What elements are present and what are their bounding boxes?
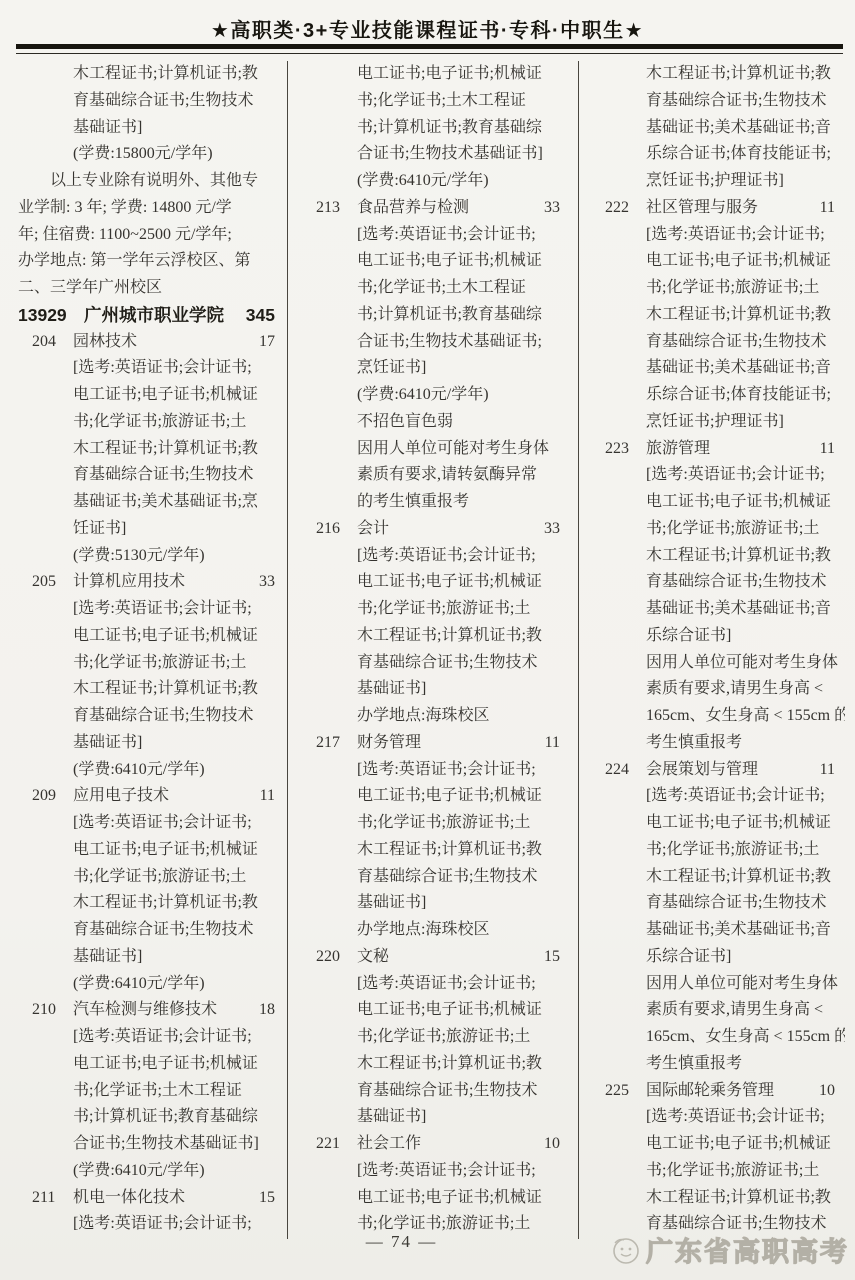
cert-line: 木工程证书;计算机证书;教 bbox=[18, 436, 275, 463]
cert-line: 电工证书;电子证书;机械证 bbox=[591, 810, 835, 837]
cert-line: 书;计算机证书;教育基础综 bbox=[302, 302, 560, 329]
cert-line: 书;计算机证书;教育基础综 bbox=[18, 1104, 275, 1131]
course-name: 财务管理 bbox=[357, 730, 545, 757]
cert-line: 电工证书;电子证书;机械证 bbox=[302, 997, 560, 1024]
cert-line: 因用人单位可能对考生身体 bbox=[591, 971, 835, 998]
school-code: 13929 bbox=[18, 302, 84, 329]
cert-line: (学费:15800元/学年) bbox=[18, 141, 275, 168]
cert-line: 基础证书] bbox=[302, 676, 560, 703]
cert-line: 不招色盲色弱 bbox=[302, 409, 560, 436]
cert-line: [选考:英语证书;会计证书; bbox=[591, 222, 835, 249]
course-number: 216 bbox=[302, 516, 357, 543]
course-number: 209 bbox=[18, 783, 73, 810]
course-count: 10 bbox=[819, 1078, 835, 1105]
course-row: 223旅游管理11 bbox=[591, 436, 835, 463]
course-count: 33 bbox=[259, 569, 275, 596]
cert-line: (学费:5130元/学年) bbox=[18, 543, 275, 570]
cert-line: 育基础综合证书;生物技术 bbox=[18, 917, 275, 944]
course-number: 222 bbox=[591, 195, 646, 222]
course-row: 222社区管理与服务11 bbox=[591, 195, 835, 222]
cert-line: 木工程证书;计算机证书;教 bbox=[302, 623, 560, 650]
cert-line: 育基础综合证书;生物技术 bbox=[302, 650, 560, 677]
course-count: 15 bbox=[544, 944, 560, 971]
cert-line: [选考:英语证书;会计证书; bbox=[18, 355, 275, 382]
cert-line: 木工程证书;计算机证书;教 bbox=[302, 1051, 560, 1078]
cert-line: 书;化学证书;旅游证书;土 bbox=[591, 837, 835, 864]
cert-line: 素质有要求,请转氨酶异常 bbox=[302, 462, 560, 489]
course-number: 217 bbox=[302, 730, 357, 757]
cert-line: 书;计算机证书;教育基础综 bbox=[302, 115, 560, 142]
cert-line: 育基础综合证书;生物技术 bbox=[591, 569, 835, 596]
course-row: 211机电一体化技术15 bbox=[18, 1185, 275, 1212]
cert-line: 的考生慎重报考 bbox=[302, 489, 560, 516]
paragraph-line: 办学地点: 第一学年云浮校区、第 bbox=[18, 248, 275, 275]
cert-line: [选考:英语证书;会计证书; bbox=[591, 462, 835, 489]
cert-line: [选考:英语证书;会计证书; bbox=[302, 757, 560, 784]
paragraph-line: 业学制: 3 年; 学费: 14800 元/学 bbox=[18, 195, 275, 222]
cert-line: 办学地点:海珠校区 bbox=[302, 703, 560, 730]
cert-line: 165cm、女生身高 < 155cm 的 bbox=[591, 1024, 835, 1051]
cert-line: 基础证书;美术基础证书;音 bbox=[591, 917, 835, 944]
cert-line: 基础证书;美术基础证书;音 bbox=[591, 596, 835, 623]
cert-line: 乐综合证书] bbox=[591, 944, 835, 971]
cert-line: 电工证书;电子证书;机械证 bbox=[302, 61, 560, 88]
cert-line: 考生慎重报考 bbox=[591, 1051, 835, 1078]
cert-line: (学费:6410元/学年) bbox=[18, 757, 275, 784]
course-count: 11 bbox=[820, 195, 835, 222]
course-count: 11 bbox=[820, 757, 835, 784]
column-2: 电工证书;电子证书;机械证书;化学证书;土木工程证书;计算机证书;教育基础综合证… bbox=[287, 61, 578, 1239]
paragraph-line: 二、三学年广州校区 bbox=[18, 275, 275, 302]
cert-line: [选考:英语证书;会计证书; bbox=[591, 1104, 835, 1131]
cert-line: 电工证书;电子证书;机械证 bbox=[302, 1185, 560, 1212]
cert-line: 电工证书;电子证书;机械证 bbox=[18, 623, 275, 650]
cert-line: 书;化学证书;旅游证书;土 bbox=[302, 1024, 560, 1051]
cert-line: 基础证书;美术基础证书;音 bbox=[591, 115, 835, 142]
course-row: 213食品营养与检测33 bbox=[302, 195, 560, 222]
course-number: 211 bbox=[18, 1185, 73, 1212]
cert-line: 育基础综合证书;生物技术 bbox=[18, 462, 275, 489]
columns: 木工程证书;计算机证书;教育基础综合证书;生物技术基础证书](学费:15800元… bbox=[16, 61, 845, 1239]
course-name: 会展策划与管理 bbox=[646, 757, 820, 784]
cert-line: 育基础综合证书;生物技术 bbox=[591, 890, 835, 917]
cert-line: 书;化学证书;旅游证书;土 bbox=[18, 650, 275, 677]
course-count: 33 bbox=[544, 195, 560, 222]
cert-line: 木工程证书;计算机证书;教 bbox=[591, 864, 835, 891]
cert-line: [选考:英语证书;会计证书; bbox=[18, 810, 275, 837]
cert-line: 木工程证书;计算机证书;教 bbox=[18, 676, 275, 703]
cert-line: (学费:6410元/学年) bbox=[18, 1158, 275, 1185]
cert-line: 乐综合证书;体育技能证书; bbox=[591, 141, 835, 168]
page-header: ★高职类·3+专业技能课程证书·专科·中职生★ bbox=[0, 0, 855, 43]
cert-line: [选考:英语证书;会计证书; bbox=[302, 543, 560, 570]
cert-line: 木工程证书;计算机证书;教 bbox=[18, 890, 275, 917]
course-count: 11 bbox=[260, 783, 275, 810]
course-count: 33 bbox=[544, 516, 560, 543]
watermark: 广东省高职高考 bbox=[609, 1230, 849, 1269]
course-count: 11 bbox=[820, 436, 835, 463]
cert-line: 烹饪证书;护理证书] bbox=[591, 409, 835, 436]
cert-line: 基础证书] bbox=[18, 115, 275, 142]
cert-line: [选考:英语证书;会计证书; bbox=[302, 971, 560, 998]
course-name: 旅游管理 bbox=[646, 436, 820, 463]
cert-line: 电工证书;电子证书;机械证 bbox=[591, 248, 835, 275]
cert-line: 基础证书;美术基础证书;音 bbox=[591, 355, 835, 382]
course-row: 217财务管理11 bbox=[302, 730, 560, 757]
cert-line: 书;化学证书;土木工程证 bbox=[302, 275, 560, 302]
school-name: 广州城市职业学院 bbox=[84, 302, 246, 329]
course-name: 机电一体化技术 bbox=[73, 1185, 259, 1212]
cert-line: [选考:英语证书;会计证书; bbox=[18, 1024, 275, 1051]
course-row: 205计算机应用技术33 bbox=[18, 569, 275, 596]
cert-line: 育基础综合证书;生物技术 bbox=[591, 88, 835, 115]
cert-line: 育基础综合证书;生物技术 bbox=[302, 1078, 560, 1105]
cert-line: [选考:英语证书;会计证书; bbox=[302, 1158, 560, 1185]
school-count: 345 bbox=[246, 302, 275, 329]
course-row: 224会展策划与管理11 bbox=[591, 757, 835, 784]
course-name: 计算机应用技术 bbox=[73, 569, 259, 596]
cert-line: 书;化学证书;旅游证书;土 bbox=[18, 409, 275, 436]
course-row: 220文秘15 bbox=[302, 944, 560, 971]
watermark-logo-icon bbox=[609, 1233, 643, 1267]
cert-line: 基础证书] bbox=[18, 730, 275, 757]
cert-line: 书;化学证书;土木工程证 bbox=[18, 1078, 275, 1105]
course-name: 社区管理与服务 bbox=[646, 195, 820, 222]
course-number: 225 bbox=[591, 1078, 646, 1105]
course-number: 223 bbox=[591, 436, 646, 463]
cert-line: 电工证书;电子证书;机械证 bbox=[18, 382, 275, 409]
course-row: 221社会工作10 bbox=[302, 1131, 560, 1158]
course-row: 204园林技术17 bbox=[18, 329, 275, 356]
cert-line: 木工程证书;计算机证书;教 bbox=[591, 1185, 835, 1212]
cert-line: 木工程证书;计算机证书;教 bbox=[591, 61, 835, 88]
course-name: 文秘 bbox=[357, 944, 544, 971]
cert-line: 乐综合证书;体育技能证书; bbox=[591, 382, 835, 409]
cert-line: 木工程证书;计算机证书;教 bbox=[591, 543, 835, 570]
course-number: 205 bbox=[18, 569, 73, 596]
cert-line: 因用人单位可能对考生身体 bbox=[591, 650, 835, 677]
cert-line: 书;化学证书;旅游证书;土 bbox=[591, 1158, 835, 1185]
course-count: 15 bbox=[259, 1185, 275, 1212]
cert-line: 电工证书;电子证书;机械证 bbox=[18, 1051, 275, 1078]
column-3: 木工程证书;计算机证书;教育基础综合证书;生物技术基础证书;美术基础证书;音乐综… bbox=[578, 61, 845, 1239]
cert-line: [选考:英语证书;会计证书; bbox=[18, 596, 275, 623]
cert-line: (学费:6410元/学年) bbox=[18, 971, 275, 998]
cert-line: 电工证书;电子证书;机械证 bbox=[302, 569, 560, 596]
cert-line: 因用人单位可能对考生身体 bbox=[302, 436, 560, 463]
cert-line: 烹饪证书;护理证书] bbox=[591, 168, 835, 195]
cert-line: 书;化学证书;土木工程证 bbox=[302, 88, 560, 115]
cert-line: 165cm、女生身高 < 155cm 的 bbox=[591, 703, 835, 730]
cert-line: (学费:6410元/学年) bbox=[302, 168, 560, 195]
course-number: 224 bbox=[591, 757, 646, 784]
course-count: 17 bbox=[259, 329, 275, 356]
cert-line: 素质有要求,请男生身高 < bbox=[591, 997, 835, 1024]
cert-line: 书;化学证书;旅游证书;土 bbox=[591, 516, 835, 543]
school-row: 13929广州城市职业学院345 bbox=[18, 302, 275, 329]
paragraph-line: 以上专业除有说明外、其他专 bbox=[18, 168, 275, 195]
course-count: 18 bbox=[259, 997, 275, 1024]
course-count: 11 bbox=[545, 730, 560, 757]
course-number: 210 bbox=[18, 997, 73, 1024]
course-number: 221 bbox=[302, 1131, 357, 1158]
header-rule-thin bbox=[16, 53, 843, 54]
course-name: 国际邮轮乘务管理 bbox=[646, 1078, 819, 1105]
cert-line: 饪证书] bbox=[18, 516, 275, 543]
cert-line: [选考:英语证书;会计证书; bbox=[591, 783, 835, 810]
cert-line: [选考:英语证书;会计证书; bbox=[302, 222, 560, 249]
course-name: 汽车检测与维修技术 bbox=[73, 997, 259, 1024]
cert-line: 木工程证书;计算机证书;教 bbox=[302, 837, 560, 864]
course-number: 220 bbox=[302, 944, 357, 971]
course-row: 225国际邮轮乘务管理10 bbox=[591, 1078, 835, 1105]
course-name: 社会工作 bbox=[357, 1131, 544, 1158]
cert-line: 乐综合证书] bbox=[591, 623, 835, 650]
course-name: 食品营养与检测 bbox=[357, 195, 544, 222]
header-rule-thick bbox=[16, 44, 843, 49]
cert-line: 电工证书;电子证书;机械证 bbox=[591, 1131, 835, 1158]
cert-line: 办学地点:海珠校区 bbox=[302, 917, 560, 944]
cert-line: 电工证书;电子证书;机械证 bbox=[591, 489, 835, 516]
cert-line: 合证书;生物技术基础证书] bbox=[302, 141, 560, 168]
cert-line: 电工证书;电子证书;机械证 bbox=[302, 783, 560, 810]
course-name: 应用电子技术 bbox=[73, 783, 260, 810]
cert-line: 基础证书] bbox=[302, 890, 560, 917]
cert-line: (学费:6410元/学年) bbox=[302, 382, 560, 409]
header-title: ★高职类·3+专业技能课程证书·专科·中职生★ bbox=[0, 0, 855, 43]
cert-line: 育基础综合证书;生物技术 bbox=[18, 88, 275, 115]
course-row: 216会计33 bbox=[302, 516, 560, 543]
cert-line: 合证书;生物技术基础证书] bbox=[18, 1131, 275, 1158]
cert-line: 书;化学证书;旅游证书;土 bbox=[18, 864, 275, 891]
cert-line: 木工程证书;计算机证书;教 bbox=[591, 302, 835, 329]
cert-line: 基础证书] bbox=[302, 1104, 560, 1131]
watermark-text: 广东省高职高考 bbox=[646, 1230, 849, 1269]
cert-line: 素质有要求,请男生身高 < bbox=[591, 676, 835, 703]
cert-line: 考生慎重报考 bbox=[591, 730, 835, 757]
cert-line: 基础证书] bbox=[18, 944, 275, 971]
cert-line: 基础证书;美术基础证书;烹 bbox=[18, 489, 275, 516]
cert-line: 烹饪证书] bbox=[302, 355, 560, 382]
course-number: 204 bbox=[18, 329, 73, 356]
cert-line: 育基础综合证书;生物技术 bbox=[302, 864, 560, 891]
course-name: 会计 bbox=[357, 516, 544, 543]
course-name: 园林技术 bbox=[73, 329, 259, 356]
column-1: 木工程证书;计算机证书;教育基础综合证书;生物技术基础证书](学费:15800元… bbox=[16, 61, 287, 1239]
cert-line: 育基础综合证书;生物技术 bbox=[591, 329, 835, 356]
cert-line: 电工证书;电子证书;机械证 bbox=[302, 248, 560, 275]
page: ★高职类·3+专业技能课程证书·专科·中职生★ 木工程证书;计算机证书;教育基础… bbox=[0, 0, 855, 1280]
cert-line: 木工程证书;计算机证书;教 bbox=[18, 61, 275, 88]
course-row: 209应用电子技术11 bbox=[18, 783, 275, 810]
cert-line: 书;化学证书;旅游证书;土 bbox=[591, 275, 835, 302]
cert-line: 书;化学证书;旅游证书;土 bbox=[302, 596, 560, 623]
course-count: 10 bbox=[544, 1131, 560, 1158]
paragraph-line: 年; 住宿费: 1100~2500 元/学年; bbox=[18, 222, 275, 249]
course-row: 210汽车检测与维修技术18 bbox=[18, 997, 275, 1024]
cert-line: 电工证书;电子证书;机械证 bbox=[18, 837, 275, 864]
course-number: 213 bbox=[302, 195, 357, 222]
cert-line: 书;化学证书;旅游证书;土 bbox=[302, 810, 560, 837]
cert-line: 育基础综合证书;生物技术 bbox=[18, 703, 275, 730]
cert-line: 合证书;生物技术基础证书; bbox=[302, 329, 560, 356]
